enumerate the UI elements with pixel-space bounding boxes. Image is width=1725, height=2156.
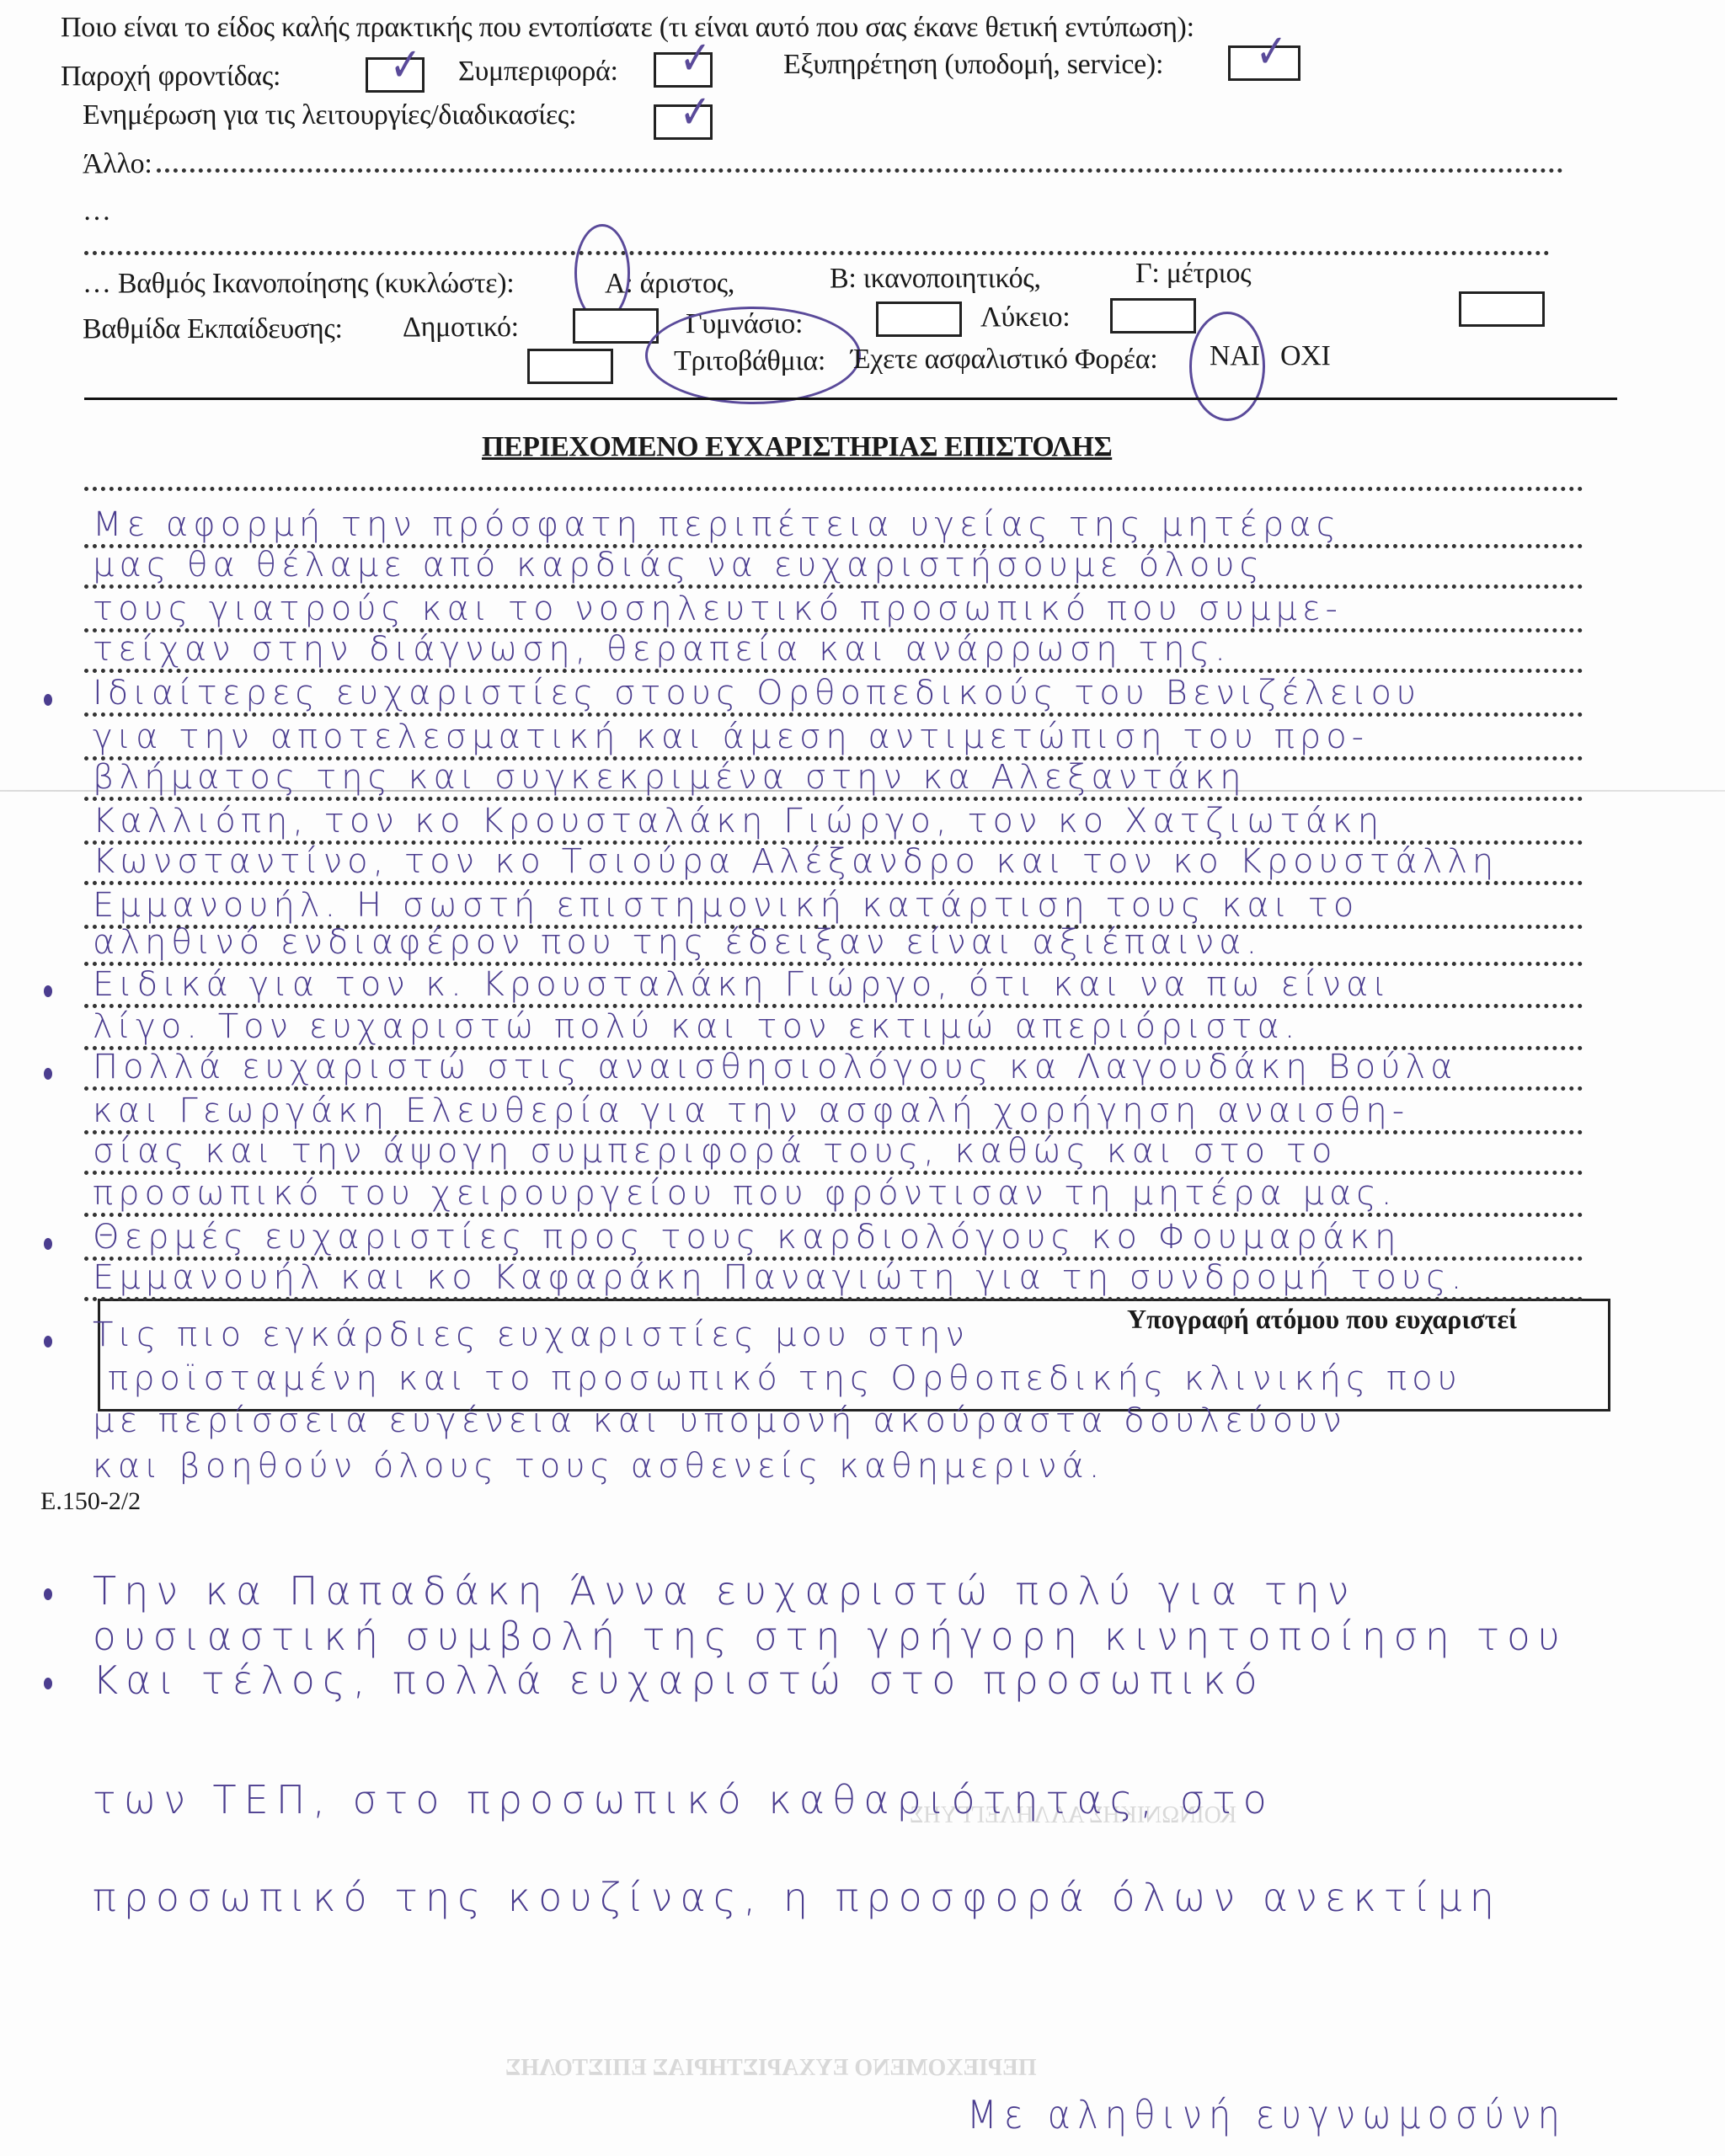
selection-circle-a — [574, 224, 630, 322]
dotted-line — [84, 251, 1550, 255]
bullet-icon — [44, 1238, 52, 1250]
dotted-line — [84, 584, 1583, 589]
handwritten-line: ουσιαστική συμβολή της στη γρήγορη κινητ… — [93, 1614, 1567, 1659]
checkmark-icon: ✓ — [1256, 29, 1288, 76]
handwritten-line: Την κα Παπαδάκη Άννα ευχαριστώ πολύ για … — [93, 1568, 1356, 1614]
checkmark-icon: ✓ — [390, 42, 422, 89]
handwritten-line: και βοηθούν όλους τους ασθενείς καθημερι… — [93, 1447, 1104, 1486]
handwritten-line: σίας και την άψογη συμπεριφορά τους, καθ… — [93, 1132, 1337, 1171]
handwritten-line: Τις πιο εγκάρδιες ευχαριστίες μου στην — [93, 1315, 969, 1354]
dotted-line — [84, 797, 1583, 801]
handwritten-line: Με αληθινή ευγνωμοσύνη — [967, 2092, 1567, 2137]
education-primary-label: Δημοτικό: — [403, 312, 519, 344]
handwritten-line: βλήματος της και συγκεκριμένα στην κα Αλ… — [93, 758, 1247, 797]
option-information-label: Ενημέρωση για τις λειτουργίες/διαδικασίε… — [83, 99, 576, 131]
selection-circle-tertiary — [645, 307, 861, 404]
education-lyceum-label: Λύκειο: — [980, 302, 1070, 334]
education-tertiary-checkbox[interactable] — [527, 349, 613, 384]
ellipsis: … — [83, 195, 111, 227]
education-gymnasium-checkbox[interactable] — [876, 302, 962, 337]
education-lyceum-checkbox[interactable] — [1110, 298, 1196, 334]
dotted-line — [84, 712, 1583, 717]
handwritten-line: με περίσσεια ευγένεια και υπομονή ακούρα… — [93, 1401, 1347, 1440]
education-primary-checkbox[interactable] — [573, 308, 659, 344]
handwritten-line: Θερμές ευχαριστίες προς τους καρδιολόγου… — [93, 1218, 1401, 1257]
handwritten-line: μας θα θέλαμε από καρδιάς να ευχαριστήσο… — [93, 546, 1264, 584]
other-label: Άλλο: — [83, 148, 152, 180]
selection-circle-yes — [1189, 312, 1265, 421]
option-behavior-label: Συμπεριφορά: — [458, 56, 618, 88]
dotted-line — [84, 1086, 1583, 1091]
education-extra-checkbox[interactable] — [1459, 291, 1545, 327]
option-service-label: Εξυπηρέτηση (υποδομή, service): — [783, 49, 1163, 81]
dotted-line — [84, 1297, 1583, 1301]
satisfaction-label: … Βαθμός Ικανοποίησης (κυκλώστε): — [83, 268, 514, 300]
handwritten-line: προϊσταμένη και το προσωπικό της Ορθοπεδ… — [108, 1359, 1462, 1398]
handwritten-line: προσωπικό του χειρουργείου που φρόντισαν… — [93, 1174, 1397, 1213]
bullet-icon — [44, 1068, 52, 1080]
option-care-label: Παροχή φροντίδας: — [61, 61, 280, 93]
signature-label: Υπογραφή ατόμου που ευχαριστεί — [1127, 1304, 1517, 1335]
handwritten-line: προσωπικό της κουζίνας, η προσφορά όλων … — [93, 1875, 1502, 1920]
bullet-icon — [44, 1336, 52, 1347]
handwritten-line: Καλλιόπη, τον κο Κρουσταλάκη Γιώργο, τον… — [93, 802, 1384, 841]
dotted-line — [84, 487, 1583, 491]
handwritten-line: αληθινό ενδιαφέρον που της έδειξαν είναι… — [93, 923, 1262, 962]
handwritten-line: τους γιατρούς και το νοσηλευτικό προσωπι… — [93, 590, 1343, 628]
bullet-icon — [44, 1588, 52, 1600]
bullet-icon — [44, 985, 52, 997]
handwritten-line: τείχαν στην διάγνωση, θεραπεία και ανάρρ… — [93, 630, 1231, 669]
dotted-line — [84, 1213, 1583, 1217]
handwritten-line: και Γεωργάκη Ελευθερία για την ασφαλή χο… — [93, 1091, 1409, 1130]
dotted-line — [84, 881, 1583, 885]
handwritten-line: των ΤΕΠ, στο προσωπικό καθαριότητας, στο — [93, 1777, 1274, 1822]
bullet-icon — [44, 1678, 52, 1689]
satisfaction-option-c[interactable]: Γ: μέτριος — [1135, 258, 1251, 290]
checkmark-icon: ✓ — [680, 89, 712, 136]
good-practice-question: Ποιο είναι το είδος καλής πρακτικής που … — [61, 12, 1194, 44]
insurance-no-option[interactable]: ΟΧΙ — [1280, 340, 1331, 372]
form-code: Ε.150-2/2 — [40, 1487, 141, 1516]
checkmark-icon: ✓ — [680, 35, 712, 83]
dotted-line — [84, 669, 1583, 673]
section-title: ΠΕΡΙΕΧΟΜΕΝΟ ΕΥΧΑΡΙΣΤΗΡΙΑΣ ΕΠΙΣΤΟΛΗΣ — [482, 431, 1112, 463]
handwritten-line: για την αποτελεσματική και άμεση αντιμετ… — [93, 718, 1369, 756]
handwritten-line: Ιδιαίτερες ευχαριστίες στους Ορθοπεδικού… — [93, 674, 1421, 712]
other-field-dotted-line[interactable] — [157, 168, 1563, 173]
handwritten-line: λίγο. Τον ευχαριστώ πολύ και τον εκτιμώ … — [93, 1007, 1300, 1046]
scanned-form-page: Ποιο είναι το είδος καλής πρακτικής που … — [0, 0, 1725, 2156]
handwritten-line: Με αφορμή την πρόσφατη περιπέτεια υγείας… — [93, 505, 1341, 544]
bullet-icon — [44, 694, 52, 706]
bleed-through-text: ΠΕΡΙΕΧΟΜΕΝΟ ΕΥΧΑΡΙΣΤΗΡΙΑΣ ΕΠΙΣΤΟΛΗΣ — [505, 2055, 1037, 2082]
education-label: Βαθμίδα Εκπαίδευσης: — [83, 313, 343, 345]
handwritten-line: Ειδικά για τον κ. Κρουσταλάκη Γιώργο, ότ… — [93, 965, 1391, 1004]
handwritten-line: Εμμανουήλ και κο Καφαράκη Παναγιώτη για … — [93, 1258, 1466, 1297]
handwritten-line: Εμμανουήλ. Η σωστή επιστημονική κατάρτισ… — [93, 886, 1359, 925]
handwritten-line: Κωνσταντίνο, τον κο Τσιούρα Αλέξανδρο κα… — [93, 842, 1498, 881]
satisfaction-option-b[interactable]: Β: ικανοποιητικός, — [830, 263, 1041, 295]
section-divider — [84, 398, 1617, 400]
handwritten-line: Και τέλος, πολλά ευχαριστώ στο προσωπικό — [93, 1657, 1265, 1703]
insurance-label: Έχετε ασφαλιστικό Φορέα: — [851, 344, 1157, 376]
handwritten-line: Πολλά ευχαριστώ στις αναισθησιολόγους κα… — [93, 1048, 1457, 1086]
